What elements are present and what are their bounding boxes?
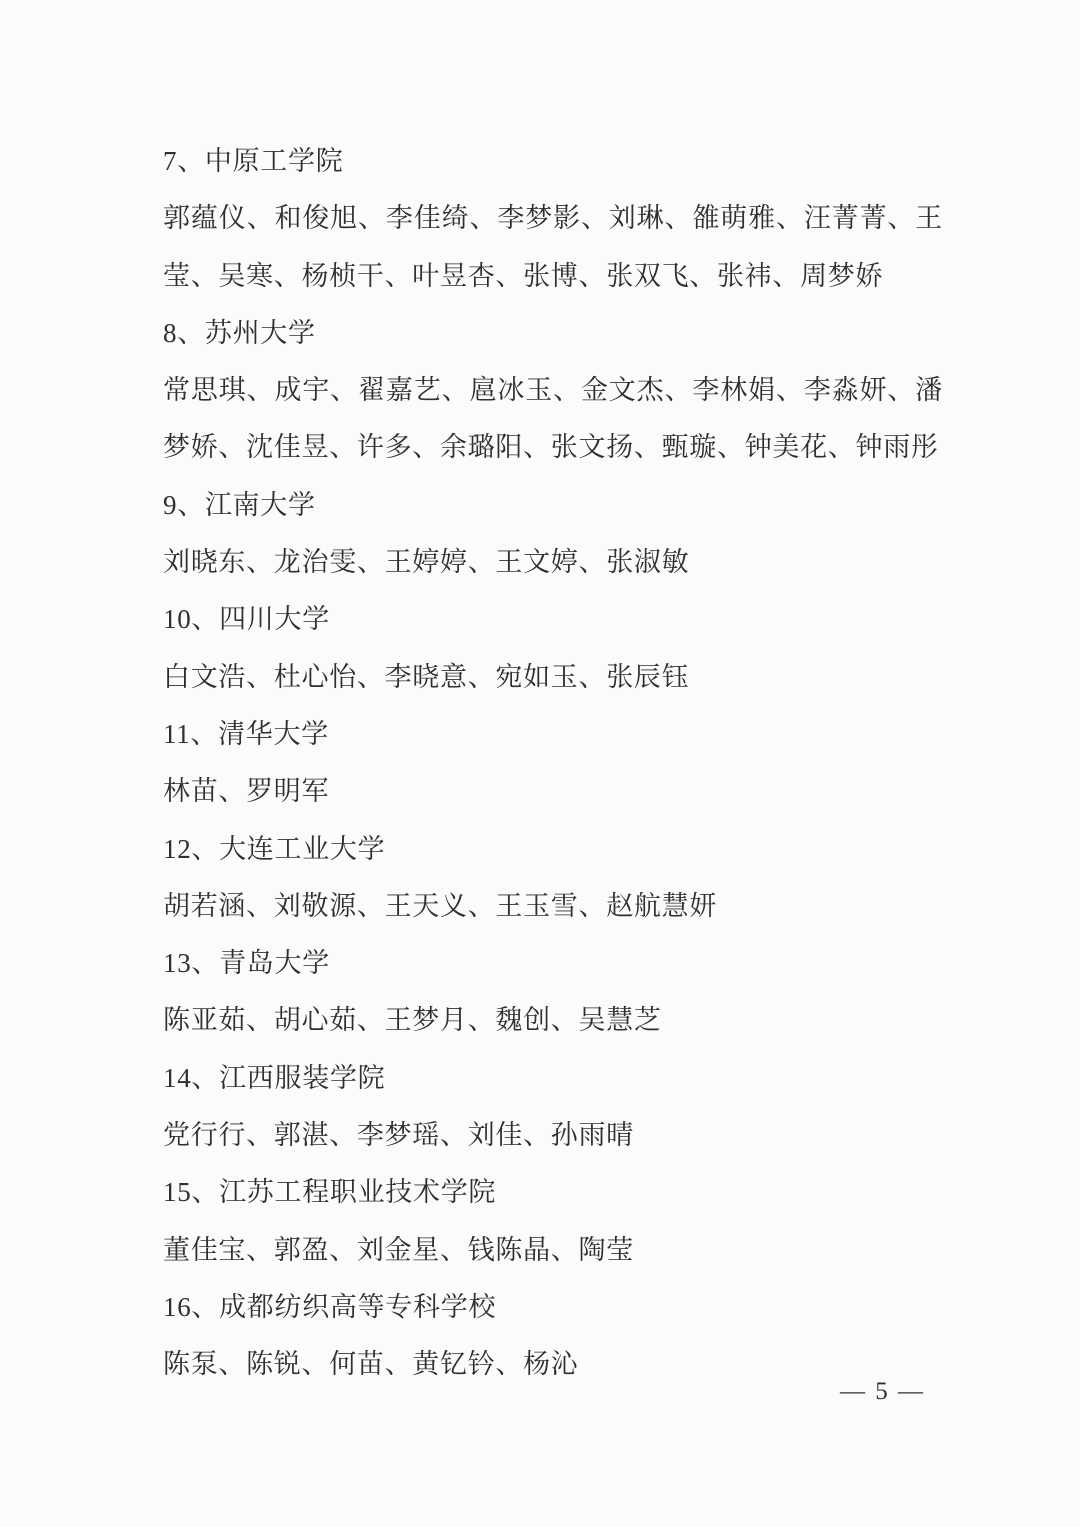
student-names: 陈泵、陈锐、何苗、黄钇钤、杨沁 [163,1336,943,1393]
school-section: 13、青岛大学 陈亚茹、胡心茹、王梦月、魏创、吴慧芝 [163,935,943,1050]
school-heading: 16、成都纺织高等专科学校 [163,1279,943,1336]
student-names: 党行行、郭湛、李梦瑶、刘佳、孙雨晴 [163,1107,943,1164]
school-section: 10、四川大学 白文浩、杜心怡、李晓意、宛如玉、张辰钰 [163,591,943,706]
school-section: 9、江南大学 刘晓东、龙治雯、王婷婷、王文婷、张淑敏 [163,477,943,592]
document-page: 7、中原工学院 郭蕴仪、和俊旭、李佳绮、李梦影、刘琳、雒萌雅、汪菁菁、王莹、吴寒… [0,0,1080,1527]
school-section: 8、苏州大学 常思琪、成宇、翟嘉艺、扈冰玉、金文杰、李林娟、李淼妍、潘梦娇、沈佳… [163,305,943,477]
school-heading: 12、大连工业大学 [163,821,943,878]
school-heading: 13、青岛大学 [163,935,943,992]
school-section: 16、成都纺织高等专科学校 陈泵、陈锐、何苗、黄钇钤、杨沁 [163,1279,943,1394]
school-heading: 8、苏州大学 [163,305,943,362]
student-names: 胡若涵、刘敬源、王天义、王玉雪、赵航慧妍 [163,878,943,935]
school-heading: 9、江南大学 [163,477,943,534]
school-section: 14、江西服装学院 党行行、郭湛、李梦瑶、刘佳、孙雨晴 [163,1050,943,1165]
school-heading: 14、江西服装学院 [163,1050,943,1107]
student-names: 白文浩、杜心怡、李晓意、宛如玉、张辰钰 [163,649,943,706]
student-names: 陈亚茹、胡心茹、王梦月、魏创、吴慧芝 [163,992,943,1049]
page-number: — 5 — [840,1378,925,1406]
school-heading: 15、江苏工程职业技术学院 [163,1164,943,1221]
school-heading: 7、中原工学院 [163,133,943,190]
student-names: 刘晓东、龙治雯、王婷婷、王文婷、张淑敏 [163,534,943,591]
school-section: 15、江苏工程职业技术学院 董佳宝、郭盈、刘金星、钱陈晶、陶莹 [163,1164,943,1279]
student-names: 常思琪、成宇、翟嘉艺、扈冰玉、金文杰、李林娟、李淼妍、潘梦娇、沈佳昱、许多、余璐… [163,362,943,477]
student-names: 董佳宝、郭盈、刘金星、钱陈晶、陶莹 [163,1222,943,1279]
student-names: 林苗、罗明军 [163,763,943,820]
school-section: 12、大连工业大学 胡若涵、刘敬源、王天义、王玉雪、赵航慧妍 [163,821,943,936]
school-section: 11、清华大学 林苗、罗明军 [163,706,943,821]
school-heading: 10、四川大学 [163,591,943,648]
school-section: 7、中原工学院 郭蕴仪、和俊旭、李佳绮、李梦影、刘琳、雒萌雅、汪菁菁、王莹、吴寒… [163,133,943,305]
school-heading: 11、清华大学 [163,706,943,763]
student-names: 郭蕴仪、和俊旭、李佳绮、李梦影、刘琳、雒萌雅、汪菁菁、王莹、吴寒、杨桢干、叶昱杏… [163,190,943,305]
